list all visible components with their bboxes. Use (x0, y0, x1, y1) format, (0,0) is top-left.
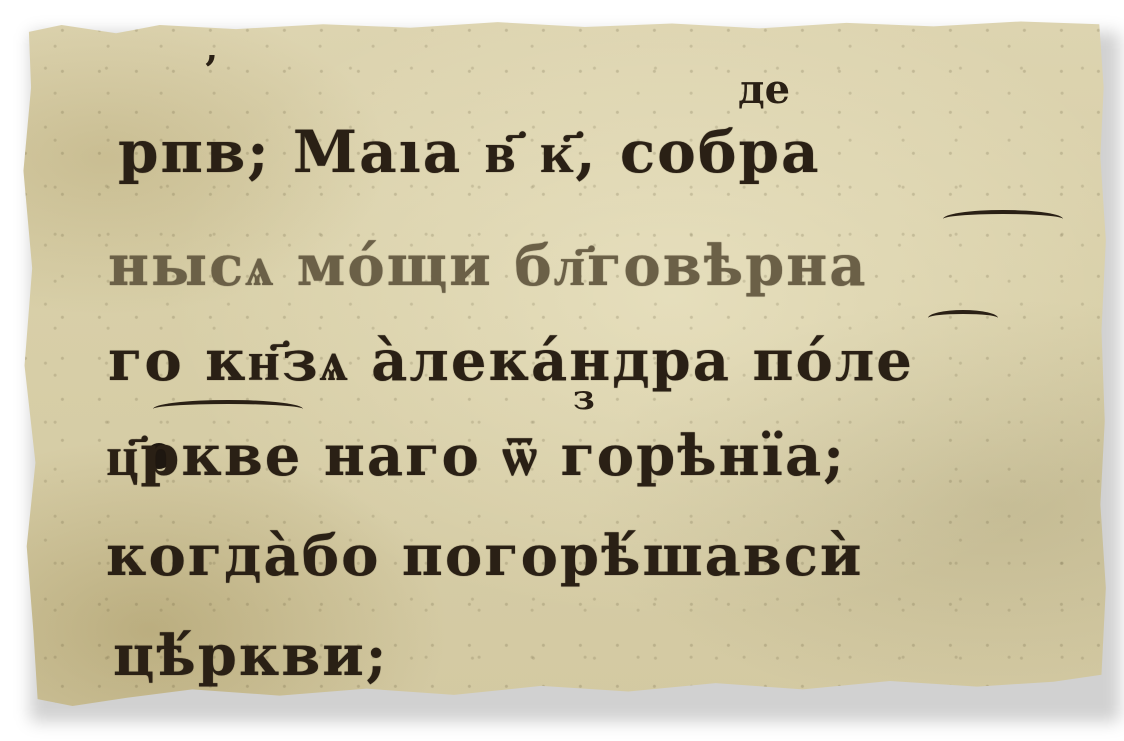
manuscript-line-1: рпв; Маıа в҃ к҃, собра (118, 118, 821, 186)
titlo-flourish (928, 310, 998, 326)
manuscript-line-5: когда̀бо погорѣ́шавсѝ (106, 523, 863, 589)
accent-mark: ʼ (203, 48, 217, 95)
titlo-flourish (943, 210, 1063, 228)
manuscript-line-4: ц҃ркве наго ѿ горѣнїа; (106, 423, 846, 489)
manuscript-line-3: го кн҃зѧ а̀лека́ндра пóле (108, 328, 914, 394)
manuscript-line-2: нысѧ мо́щи бл҃говѣрна (108, 233, 868, 299)
titlo-flourish (153, 400, 303, 418)
manuscript-image: ʼ де з рпв; Маıа в҃ к҃, собра нысѧ мо́щи… (0, 0, 1124, 741)
parchment-fragment: ʼ де з рпв; Маıа в҃ к҃, собра нысѧ мо́щи… (18, 18, 1108, 713)
manuscript-line-6: цѣ́ркви; (113, 623, 388, 689)
superscript-de: де (738, 66, 790, 113)
